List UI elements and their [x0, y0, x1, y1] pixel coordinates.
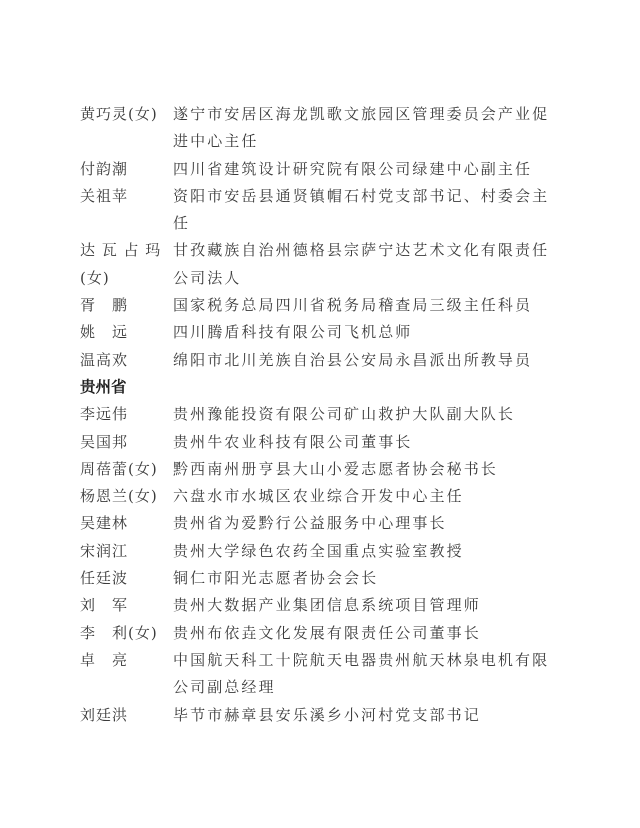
list-item: 姚 远四川腾盾科技有限公司飞机总师 [80, 319, 550, 346]
list-item: 付韵潮四川省建筑设计研究院有限公司绿建中心副主任 [80, 156, 550, 183]
person-name: 刘廷洪 [80, 702, 173, 729]
person-title: 贵州牛农业科技有限公司董事长 [173, 429, 550, 456]
list-item: 周蓓蕾(女)黔西南州册亨县大山小爱志愿者协会秘书长 [80, 456, 550, 483]
person-name: 付韵潮 [80, 156, 173, 183]
person-title: 贵州布依垚文化发展有限责任公司董事长 [173, 620, 550, 647]
list-item: 刘 军贵州大数据产业集团信息系统项目管理师 [80, 592, 550, 619]
person-name: 关祖苹 [80, 183, 173, 210]
person-name: 黄巧灵(女) [80, 101, 173, 128]
person-title: 国家税务总局四川省税务局稽查局三级主任科员 [173, 292, 550, 319]
list-item: 李 利(女)贵州布依垚文化发展有限责任公司董事长 [80, 620, 550, 647]
person-name: 周蓓蕾(女) [80, 456, 173, 483]
province-heading: 贵州省 [80, 374, 550, 401]
person-title: 贵州大学绿色农药全国重点实验室教授 [173, 538, 550, 565]
person-name: 宋润江 [80, 538, 173, 565]
person-name: 李远伟 [80, 401, 173, 428]
person-name: 吴建林 [80, 510, 173, 537]
person-title: 六盘水市水城区农业综合开发中心主任 [173, 483, 550, 510]
person-title: 铜仁市阳光志愿者协会会长 [173, 565, 550, 592]
list-item: 卓 亮中国航天科工十院航天电器贵州航天林泉电机有限公司副总经理 [80, 647, 550, 702]
person-title: 中国航天科工十院航天电器贵州航天林泉电机有限公司副总经理 [173, 647, 550, 702]
list-item: 吴建林贵州省为爱黔行公益服务中心理事长 [80, 510, 550, 537]
person-title: 四川腾盾科技有限公司飞机总师 [173, 319, 550, 346]
person-name: 吴国邦 [80, 429, 173, 456]
list-item: 关祖苹资阳市安岳县通贤镇帽石村党支部书记、村委会主任 [80, 183, 550, 238]
list-item: 黄巧灵(女)遂宁市安居区海龙凯歌文旅园区管理委员会产业促进中心主任 [80, 101, 550, 156]
list-item: 宋润江贵州大学绿色农药全国重点实验室教授 [80, 538, 550, 565]
person-name: 姚 远 [80, 319, 173, 346]
person-title: 贵州大数据产业集团信息系统项目管理师 [173, 592, 550, 619]
person-title: 遂宁市安居区海龙凯歌文旅园区管理委员会产业促进中心主任 [173, 101, 550, 156]
list-item: 李远伟贵州豫能投资有限公司矿山救护大队副大队长 [80, 401, 550, 428]
person-title: 四川省建筑设计研究院有限公司绿建中心副主任 [173, 156, 550, 183]
person-title: 贵州豫能投资有限公司矿山救护大队副大队长 [173, 401, 550, 428]
list-item: 刘廷洪毕节市赫章县安乐溪乡小河村党支部书记 [80, 702, 550, 729]
honoree-list: 黄巧灵(女)遂宁市安居区海龙凯歌文旅园区管理委员会产业促进中心主任 付韵潮四川省… [80, 101, 550, 729]
list-item: 达 瓦 占 玛 (女)甘孜藏族自治州德格县宗萨宁达艺术文化有限责任公司法人 [80, 237, 550, 292]
person-title: 贵州省为爱黔行公益服务中心理事长 [173, 510, 550, 537]
person-name: 刘 军 [80, 592, 173, 619]
person-name: 卓 亮 [80, 647, 173, 674]
person-title: 毕节市赫章县安乐溪乡小河村党支部书记 [173, 702, 550, 729]
list-item: 任廷波铜仁市阳光志愿者协会会长 [80, 565, 550, 592]
person-title: 绵阳市北川羌族自治县公安局永昌派出所教导员 [173, 347, 550, 374]
person-title: 资阳市安岳县通贤镇帽石村党支部书记、村委会主任 [173, 183, 550, 238]
person-name: 杨恩兰(女) [80, 483, 173, 510]
list-item: 胥 鹏国家税务总局四川省税务局稽查局三级主任科员 [80, 292, 550, 319]
person-name: 任廷波 [80, 565, 173, 592]
list-item: 吴国邦贵州牛农业科技有限公司董事长 [80, 429, 550, 456]
person-name: 李 利(女) [80, 620, 173, 647]
person-title: 甘孜藏族自治州德格县宗萨宁达艺术文化有限责任公司法人 [173, 237, 550, 292]
list-item: 温高欢绵阳市北川羌族自治县公安局永昌派出所教导员 [80, 347, 550, 374]
person-title: 黔西南州册亨县大山小爱志愿者协会秘书长 [173, 456, 550, 483]
person-name: 达 瓦 占 玛 (女) [80, 237, 173, 292]
list-item: 杨恩兰(女)六盘水市水城区农业综合开发中心主任 [80, 483, 550, 510]
person-name: 温高欢 [80, 347, 173, 374]
person-name: 胥 鹏 [80, 292, 173, 319]
